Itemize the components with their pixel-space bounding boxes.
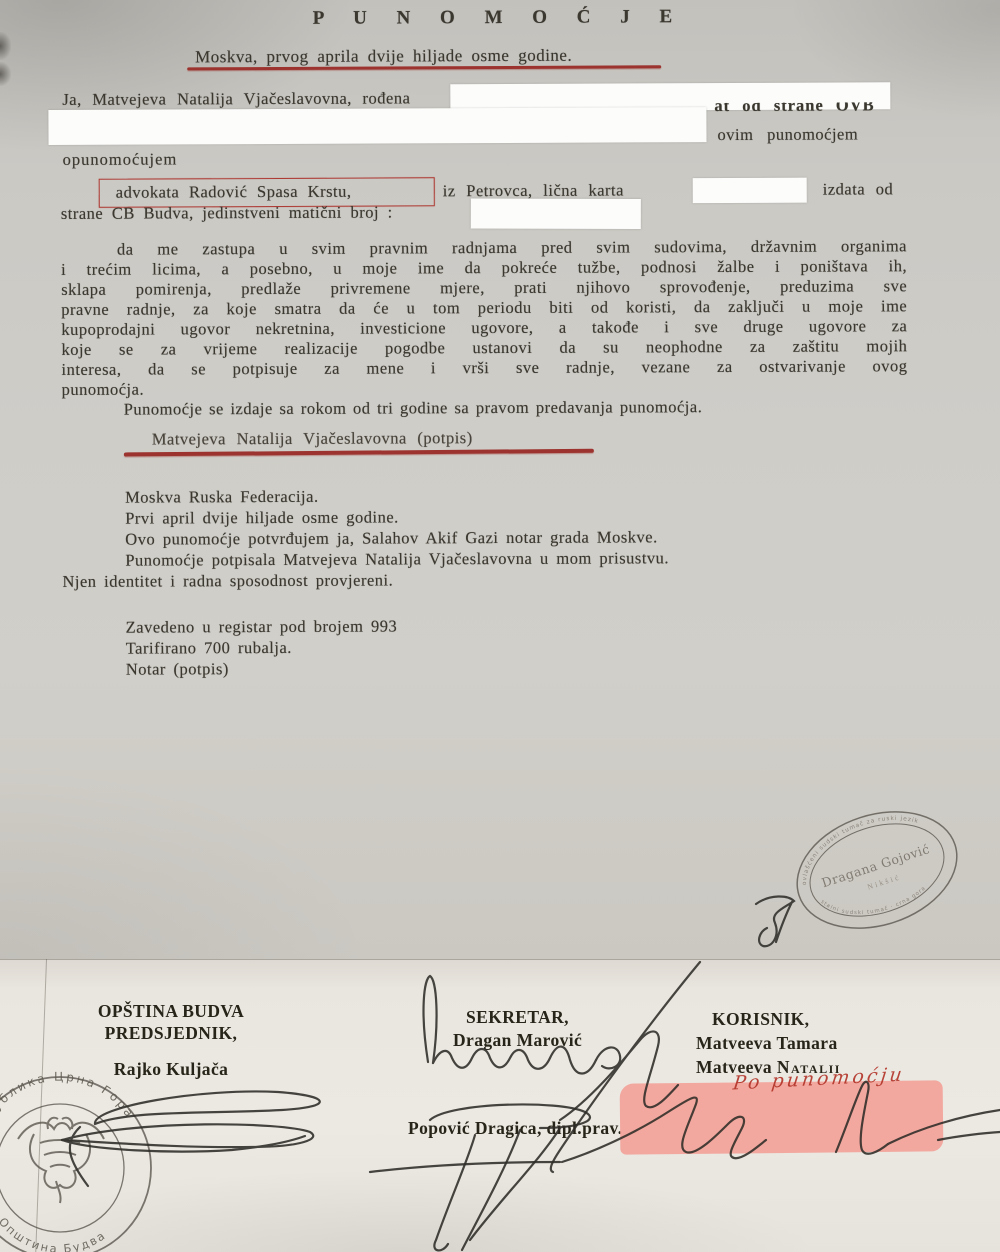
intro-line: Ja, Matvejeva Natalija Vjačeslavovna, ro… [62,88,410,110]
dragica-signature [430,1104,590,1250]
attorney-name: advokata Radović Spasa Krstu, [116,182,352,203]
oval-stamp-city: Nikšić [866,872,902,891]
body-line: punomoćja. [62,380,145,400]
term-line: Punomoćje se izdaje sa rokom od tri godi… [124,397,703,420]
id-number-line: strane CB Budva, jedinstveni matični bro… [61,202,393,223]
notary-line: Ovo punomoćje potvrđujem ja, Salahov Aki… [125,527,658,549]
president-signature [62,1091,320,1186]
redaction-box [693,178,807,203]
upper-document-scan: P U N O M O Ć J E Moskva, prvog aprila d… [0,0,1000,959]
korisnik-signature [370,1082,1000,1172]
notary-line: Prvi april dvije hiljade osme godine. [125,507,399,528]
signature-red-underline [124,449,594,456]
notary-line: Moskva Ruska Federacija. [125,487,319,508]
notary-line: Njen identitet i radna sposodnost provje… [62,570,393,591]
handwritten-squiggle [742,880,812,960]
redaction-box [471,199,641,229]
clipped-text-fragment: at od strane OVB [714,102,906,116]
signatures-overlay: Република Црна Гора Општина Будва [0,959,1000,1252]
round-stamp-arc-bottom: Општина Будва [0,1215,109,1252]
ovim-punomocjem-line: ovim punomoćjem [717,124,858,145]
coat-of-arms [18,1118,104,1203]
svg-text:Општина Будва: Општина Будва [0,1215,109,1252]
secretary-signature [424,962,700,1172]
opunomocujem-line: opunomoćujem [63,149,178,170]
registry-line: Zavedeno u registar pod brojem 993 [126,616,398,637]
municipal-round-stamp: Република Црна Гора Општина Будва [0,1070,151,1252]
document-title: P U N O M O Ć J E [0,6,998,30]
notary-line: Punomoćje potpisala Matvejeva Natalija V… [125,548,669,570]
registry-line: Tarifirano 700 rubalja. [126,638,292,659]
dateline-red-underline [187,65,661,70]
scanned-power-of-attorney: P U N O M O Ć J E Moskva, prvog aprila d… [0,0,1000,1252]
izdata-od: izdata od [823,179,894,199]
body-line: interesa, da se potpisuje za mene i vrši… [61,356,907,380]
dateline: Moskva, prvog aprila dvije hiljade osme … [195,46,572,68]
registry-line: Notar (potpis) [126,659,229,679]
redaction-box [48,107,706,145]
signature-name-line: Matvejeva Natalija Vjačeslavovna (potpis… [152,428,473,449]
